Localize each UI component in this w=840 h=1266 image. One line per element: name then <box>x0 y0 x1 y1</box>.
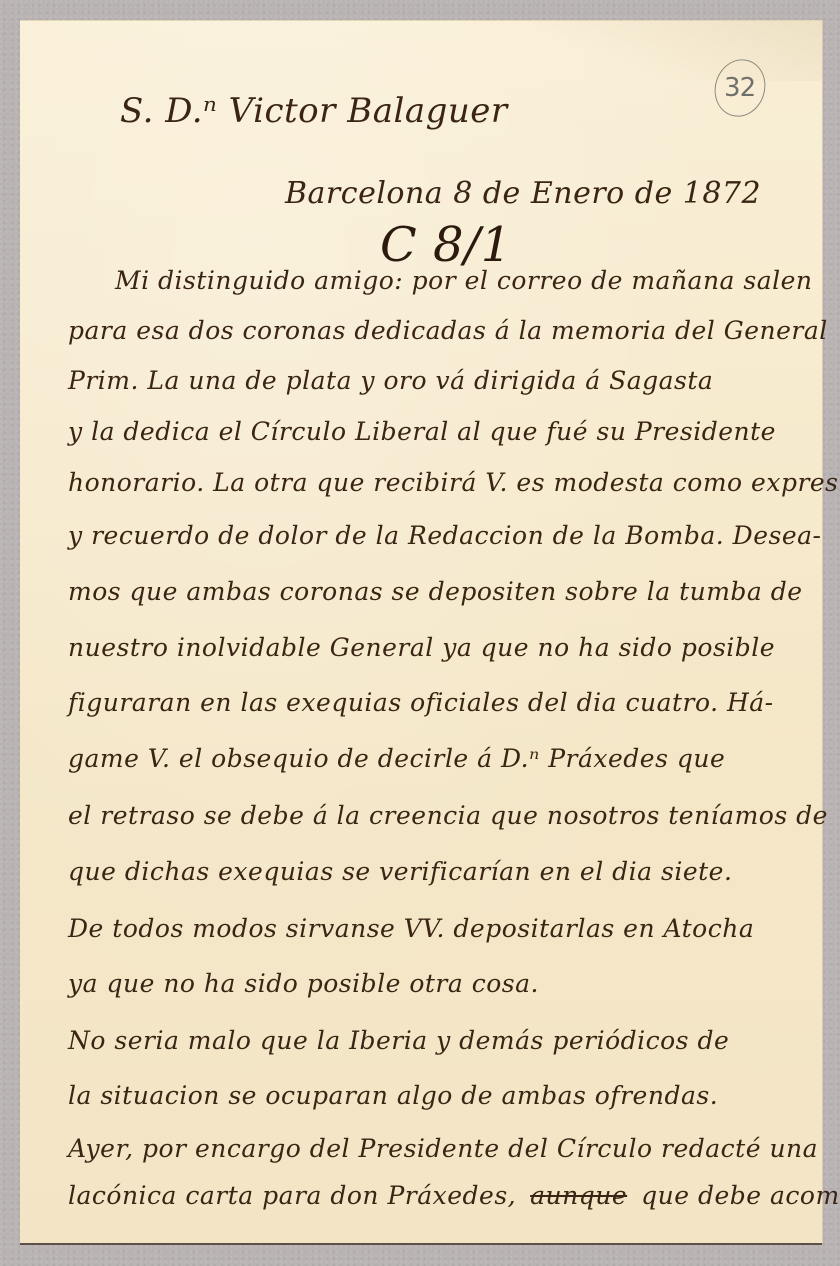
body-line-last: lacónica carta para don Práxedes, aunque… <box>68 1181 808 1210</box>
archive-number-stamp: 32 <box>707 53 772 124</box>
body-line: mos que ambas coronas se depositen sobre… <box>68 577 808 606</box>
body-line: game V. el obsequio de decirle á D.ⁿ Prá… <box>68 744 808 773</box>
body-line: Mi distinguido amigo: por el correo de m… <box>115 266 807 295</box>
body-line: el retraso se debe á la creencia que nos… <box>68 801 808 830</box>
body-line: y recuerdo de dolor de la Redaccion de l… <box>68 521 808 550</box>
body-line: que dichas exequias se verificarían en e… <box>68 857 808 886</box>
struck-word: aunque <box>530 1181 627 1210</box>
body-line: No seria malo que la Iberia y demás peri… <box>68 1026 808 1055</box>
body-line: la situacion se ocuparan algo de ambas o… <box>68 1081 808 1110</box>
body-line: nuestro inolvidable General ya que no ha… <box>68 633 808 662</box>
continuation-text: que debe acom- <box>641 1181 840 1210</box>
reference-mark: C 8/1 <box>380 217 512 273</box>
addressee-line: S. D.ⁿ Victor Balaguer <box>120 91 508 131</box>
body-line: y la dedica el Círculo Liberal al que fu… <box>68 417 808 446</box>
body-line: Ayer, por encargo del Presidente del Cír… <box>68 1134 808 1163</box>
body-line: De todos modos sirvanse VV. depositarlas… <box>68 914 808 943</box>
body-line: para esa dos coronas dedicadas á la memo… <box>68 316 808 345</box>
body-line: Prim. La una de plata y oro vá dirigida … <box>68 366 808 395</box>
letter-page: 32 S. D.ⁿ Victor Balaguer Barcelona 8 de… <box>20 20 822 1243</box>
archive-number: 32 <box>724 73 755 103</box>
dateline: Barcelona 8 de Enero de 1872 <box>285 176 761 211</box>
body-line: figuraran en las exequias oficiales del … <box>68 688 808 717</box>
body-line: ya que no ha sido posible otra cosa. <box>68 969 808 998</box>
body-line-text: lacónica carta para don Práxedes, <box>68 1181 516 1210</box>
body-line: honorario. La otra que recibirá V. es mo… <box>68 468 808 497</box>
